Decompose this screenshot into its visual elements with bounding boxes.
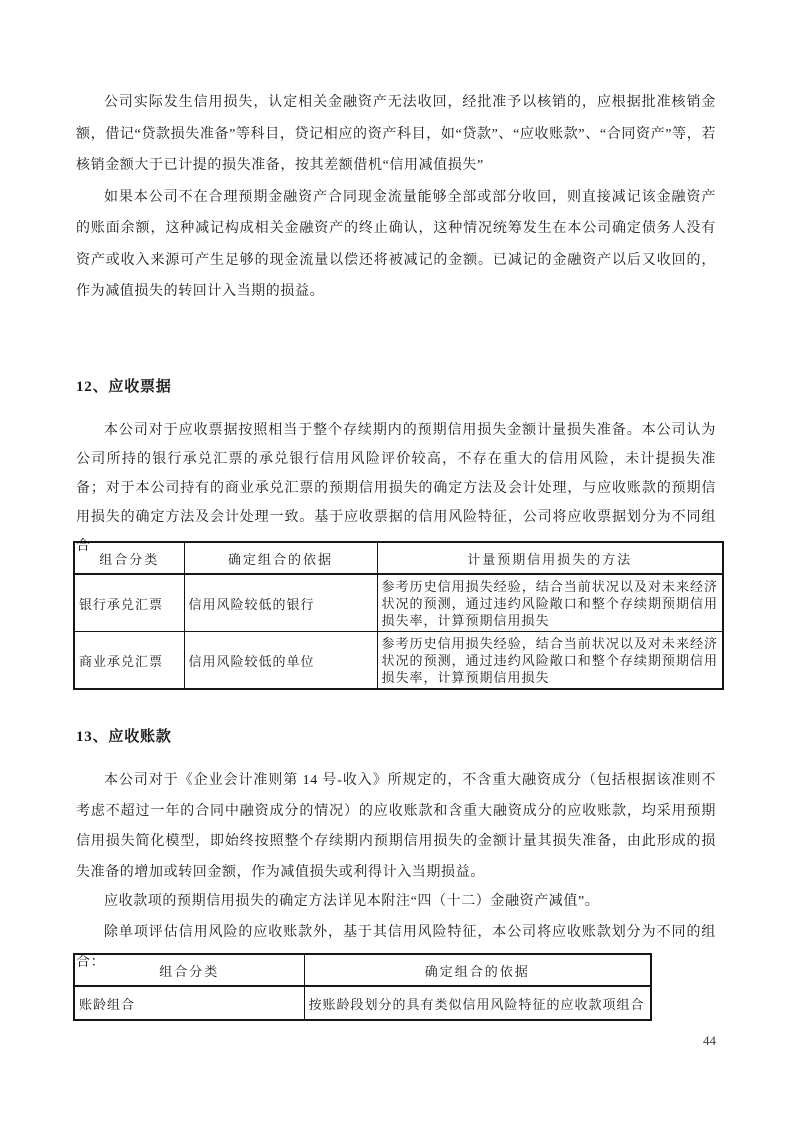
- cell-portfolio-basis: 信用风险较低的银行: [184, 574, 377, 632]
- cell-portfolio-type: 账龄组合: [74, 986, 304, 1020]
- notes-receivable-portfolio-table: 组合分类 确定组合的依据 计量预期信用损失的方法 银行承兑汇票 信用风险较低的银…: [73, 541, 724, 690]
- column-header-portfolio-basis: 确定组合的依据: [184, 542, 377, 574]
- section-13-paragraphs: 本公司对于《企业会计准则第 14 号-收入》所规定的，不含重大融资成分（包括根据…: [76, 766, 716, 888]
- cell-portfolio-basis: 按账龄段划分的具有类似信用风险特征的应收款项组合: [304, 986, 651, 1020]
- cell-portfolio-type: 银行承兑汇票: [74, 574, 184, 632]
- column-header-portfolio-type: 组合分类: [74, 954, 304, 986]
- column-header-ecl-method: 计量预期信用损失的方法: [377, 542, 723, 574]
- credit-loss-paragraphs: 公司实际发生信用损失，认定相关金融资产无法收回，经批准予以核销的，应根据批准核销…: [76, 87, 716, 308]
- column-header-portfolio-basis: 确定组合的依据: [304, 954, 651, 986]
- table-row: 银行承兑汇票 信用风险较低的银行 参考历史信用损失经验，结合当前状况以及对未来经…: [74, 574, 723, 632]
- cell-ecl-method: 参考历史信用损失经验，结合当前状况以及对未来经济状况的预测，通过违约风险敞口和整…: [377, 632, 723, 690]
- paragraph-notes-receivable: 本公司对于应收票据按照相当于整个存续期内的预期信用损失金额计量损失准备。本公司认…: [76, 416, 716, 561]
- document-page: 公司实际发生信用损失，认定相关金融资产无法收回，经批准予以核销的，应根据批准核销…: [0, 0, 793, 1122]
- accounts-receivable-portfolio-table: 组合分类 确定组合的依据 账龄组合 按账龄段划分的具有类似信用风险特征的应收款项…: [73, 953, 652, 1021]
- paragraph-accounts-receivable: 本公司对于《企业会计准则第 14 号-收入》所规定的，不含重大融资成分（包括根据…: [76, 766, 716, 888]
- cell-portfolio-basis: 信用风险较低的单位: [184, 632, 377, 690]
- paragraph-ecl-reference: 应收款项的预期信用损失的确定方法详见本附注“四（十二）金融资产减值”。: [76, 887, 716, 917]
- cell-ecl-method: 参考历史信用损失经验，结合当前状况以及对未来经济状况的预测，通过违约风险敞口和整…: [377, 574, 723, 632]
- section-13-reference: 应收款项的预期信用损失的确定方法详见本附注“四（十二）金融资产减值”。: [76, 887, 716, 917]
- cell-portfolio-type: 商业承兑汇票: [74, 632, 184, 690]
- section-13-heading: 13、应收账款: [76, 725, 172, 746]
- table-row: 账龄组合 按账龄段划分的具有类似信用风险特征的应收款项组合: [74, 986, 651, 1020]
- table-header-row: 组合分类 确定组合的依据 计量预期信用损失的方法: [74, 542, 723, 574]
- table-row: 商业承兑汇票 信用风险较低的单位 参考历史信用损失经验，结合当前状况以及对未来经…: [74, 632, 723, 690]
- table-header-row: 组合分类 确定组合的依据: [74, 954, 651, 986]
- section-12-paragraphs: 本公司对于应收票据按照相当于整个存续期内的预期信用损失金额计量损失准备。本公司认…: [76, 416, 716, 561]
- page-number: 44: [703, 1033, 716, 1049]
- paragraph-direct-writedown: 如果本公司不在合理预期金融资产合同现金流量能够全部或部分收回，则直接减记该金融资…: [76, 182, 716, 308]
- column-header-portfolio-type: 组合分类: [74, 542, 184, 574]
- paragraph-credit-writeoff: 公司实际发生信用损失，认定相关金融资产无法收回，经批准予以核销的，应根据批准核销…: [76, 87, 716, 182]
- section-12-heading: 12、应收票据: [76, 375, 172, 396]
